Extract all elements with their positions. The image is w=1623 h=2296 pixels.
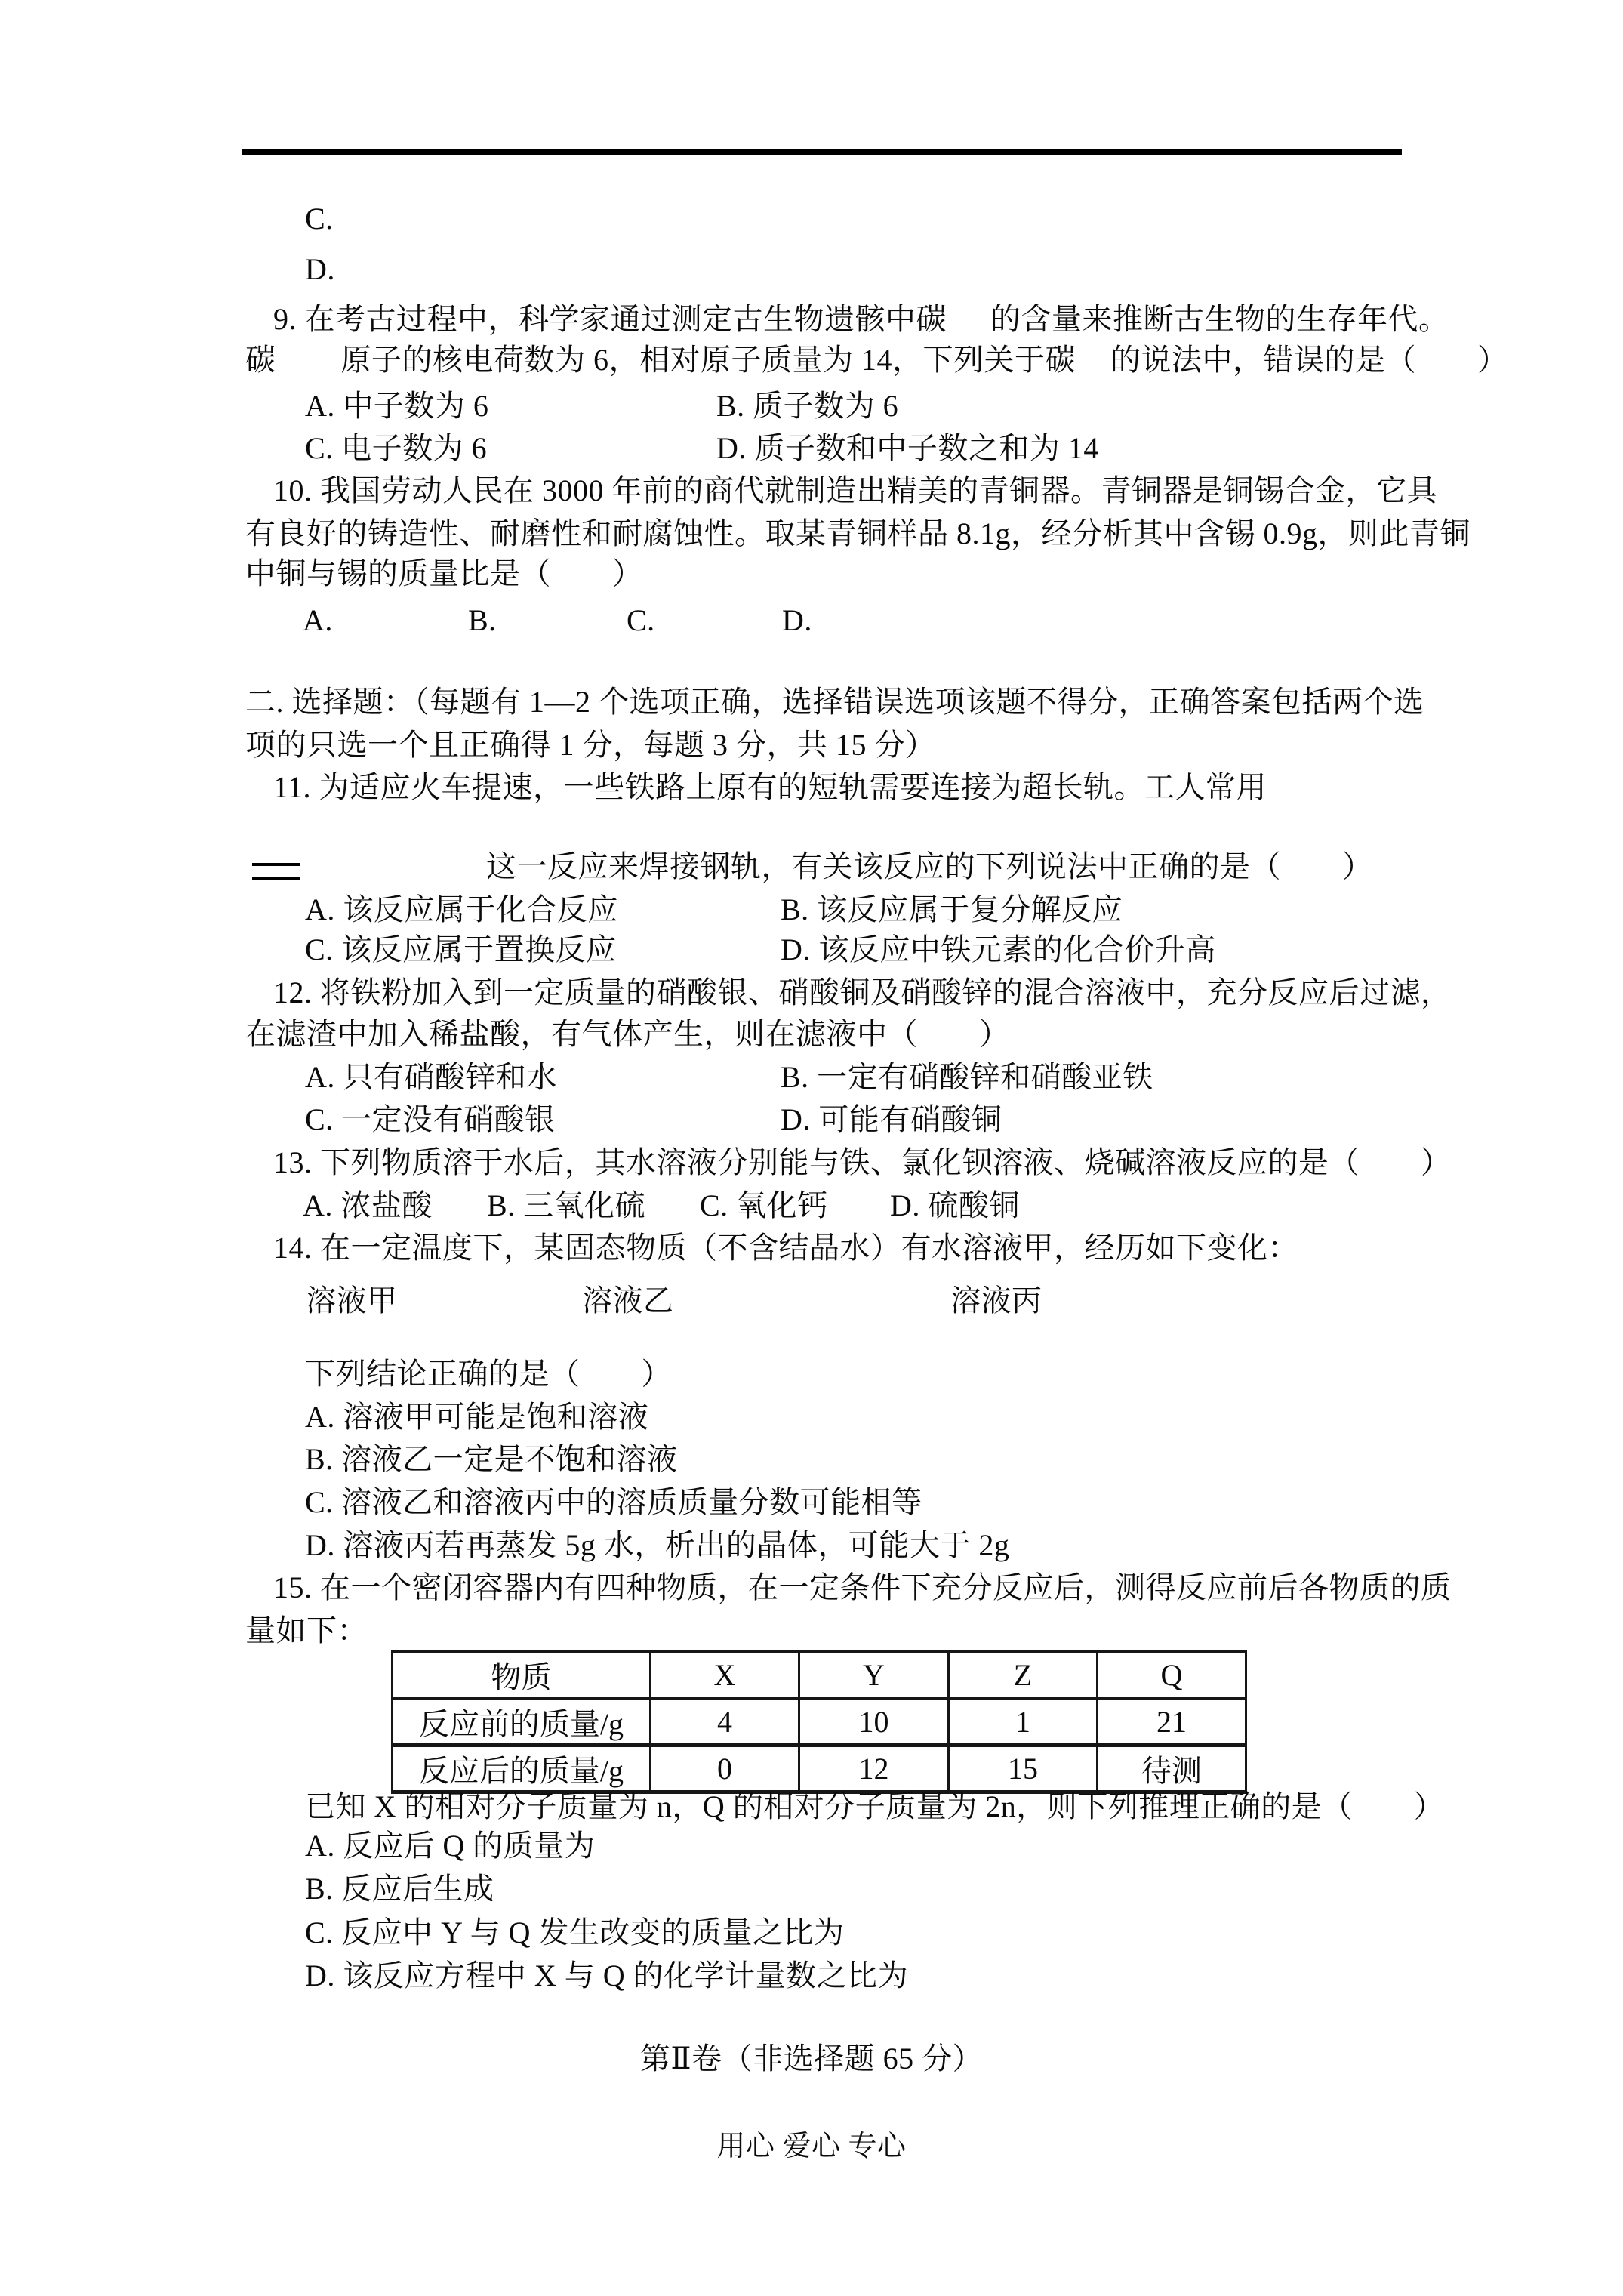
- question12-option-b: B. 一定有硝酸锌和硝酸亚铁: [781, 1056, 1153, 1099]
- question11-line2: 这一反应来焊接钢轨，有关该反应的下列说法中正确的是（ ）: [486, 845, 1373, 889]
- mass-table-header-z: Z: [949, 1652, 1098, 1699]
- missing-formula-placeholder: [276, 362, 341, 364]
- question15-option-b: B. 反应后生成: [305, 1867, 494, 1911]
- question10-line1: 10. 我国劳动人民在 3000 年前的商代就制造出精美的青铜器。青铜器是铜锡合…: [273, 469, 1437, 513]
- question14-solution2-label: 溶液乙: [582, 1279, 674, 1323]
- question9-option-b: B. 质子数为 6: [716, 384, 898, 428]
- question10-option-c: C.: [627, 599, 655, 643]
- question11-option-a: A. 该反应属于化合反应: [305, 888, 618, 932]
- question12-option-d: D. 可能有硝酸铜: [781, 1098, 1002, 1142]
- section2-heading-line1: 二. 选择题：（每题有 1—2 个选项正确，选择错误选项该题不得分，正确答案包括…: [245, 680, 1424, 724]
- mass-table-before-row: 反应前的质量/g 4 10 1 21: [393, 1699, 1246, 1746]
- question10-option-d: D.: [782, 599, 812, 643]
- mass-table-before-q: 21: [1098, 1699, 1246, 1746]
- question8-option-d: D.: [305, 248, 335, 291]
- question13-option-d: D. 硫酸铜: [890, 1184, 1020, 1228]
- question11-line1: 11. 为适应火车提速，一些铁路上原有的短轨需要连接为超长轨。工人常用: [273, 766, 1267, 809]
- part2-title: 第Ⅱ卷（非选择题 65 分）: [0, 2037, 1623, 2081]
- question15-known: 已知 X 的相对分子质量为 n，Q 的相对分子质量为 2n，则下列推理正确的是（…: [305, 1785, 1444, 1829]
- question14-option-c: C. 溶液乙和溶液丙中的溶质质量分数可能相等: [305, 1481, 922, 1524]
- question14-solution3-label: 溶液丙: [950, 1279, 1042, 1323]
- question13-option-c: C. 氧化钙: [700, 1184, 828, 1228]
- question9-line2-pre: 碳: [245, 343, 276, 377]
- equation-equals-mark: [252, 863, 300, 880]
- question15-line1: 15. 在一个密闭容器内有四种物质，在一定条件下充分反应后，测得反应前后各物质的…: [273, 1566, 1452, 1610]
- mass-table: 物质 X Y Z Q 反应前的质量/g 4 10 1 21 反应后的质量/g 0…: [391, 1650, 1247, 1794]
- question14-line1: 14. 在一定温度下，某固态物质（不含结晶水）有水溶液甲，经历如下变化：: [273, 1226, 1298, 1270]
- question13-line1: 13. 下列物质溶于水后，其水溶液分别能与铁、氯化钡溶液、烧碱溶液反应的是（ ）: [273, 1141, 1452, 1185]
- question13-option-b: B. 三氧化硫: [487, 1184, 645, 1228]
- mass-table-before-label: 反应前的质量/g: [393, 1699, 651, 1746]
- section2-heading-line2: 项的只选一个且正确得 1 分，每题 3 分，共 15 分）: [245, 723, 936, 767]
- question15-line2: 量如下：: [245, 1609, 368, 1653]
- question8-option-c: C.: [305, 197, 334, 241]
- question14-option-b: B. 溶液乙一定是不饱和溶液: [305, 1438, 678, 1481]
- question9-line2-post: 的说法中，错误的是（ ）: [1110, 343, 1508, 377]
- question14-solution1-label: 溶液甲: [306, 1279, 398, 1323]
- question9-option-d: D. 质子数和中子数之和为 14: [716, 427, 1099, 470]
- question12-line2: 在滤渣中加入稀盐酸，有气体产生，则在滤液中（ ）: [245, 1012, 1010, 1056]
- missing-formula-placeholder: [1076, 362, 1110, 364]
- missing-formula-placeholder: [947, 322, 990, 323]
- question9-option-a: A. 中子数为 6: [305, 384, 488, 428]
- question12-line1: 12. 将铁粉加入到一定质量的硝酸银、硝酸铜及硝酸锌的混合溶液中，充分反应后过滤…: [273, 971, 1452, 1015]
- question14-intro: 下列结论正确的是（ ）: [305, 1352, 672, 1396]
- question15-option-a: A. 反应后 Q 的质量为: [305, 1824, 595, 1868]
- page-footer: 用心 爱心 专心: [0, 2125, 1623, 2168]
- question9-option-c: C. 电子数为 6: [305, 427, 487, 470]
- question10-option-a: A.: [303, 599, 333, 643]
- question9-line1-pre: 9. 在考古过程中，科学家通过测定古生物遗骸中碳: [273, 302, 947, 336]
- mass-table-header-row: 物质 X Y Z Q: [393, 1652, 1246, 1699]
- question14-option-d: D. 溶液丙若再蒸发 5g 水，析出的晶体，可能大于 2g: [305, 1524, 1009, 1567]
- question10-line3: 中铜与锡的质量比是（ ）: [245, 552, 643, 596]
- question13-option-a: A. 浓盐酸: [303, 1184, 433, 1228]
- question9-line2: 碳原子的核电荷数为 6，相对原子质量为 14，下列关于碳的说法中，错误的是（ ）: [245, 338, 1508, 382]
- question14-option-a: A. 溶液甲可能是饱和溶液: [305, 1395, 648, 1439]
- mass-table-header-substance: 物质: [393, 1652, 651, 1699]
- mass-table-before-y: 10: [799, 1699, 949, 1746]
- mass-table-header-y: Y: [799, 1652, 949, 1699]
- question10-line2: 有良好的铸造性、耐磨性和耐腐蚀性。取某青铜样品 8.1g，经分析其中含锡 0.9…: [245, 512, 1471, 556]
- mass-table-header-x: X: [651, 1652, 799, 1699]
- mass-table-before-z: 1: [949, 1699, 1098, 1746]
- question9-line1-post: 的含量来推断古生物的生存年代。: [990, 302, 1449, 336]
- question15-option-d: D. 该反应方程中 X 与 Q 的化学计量数之比为: [305, 1954, 908, 1998]
- question12-option-a: A. 只有硝酸锌和水: [305, 1056, 557, 1099]
- question9-line2-mid: 原子的核电荷数为 6，相对原子质量为 14，下列关于碳: [341, 343, 1076, 377]
- question9-line1: 9. 在考古过程中，科学家通过测定古生物遗骸中碳的含量来推断古生物的生存年代。: [273, 297, 1449, 341]
- question11-option-b: B. 该反应属于复分解反应: [781, 888, 1123, 932]
- question11-option-d: D. 该反应中铁元素的化合价升高: [781, 928, 1216, 972]
- question10-option-b: B.: [468, 599, 497, 643]
- header-rule: [242, 149, 1402, 155]
- question11-option-c: C. 该反应属于置换反应: [305, 928, 617, 972]
- question15-option-c: C. 反应中 Y 与 Q 发生改变的质量之比为: [305, 1911, 844, 1955]
- question12-option-c: C. 一定没有硝酸银: [305, 1098, 556, 1142]
- mass-table-header-q: Q: [1098, 1652, 1246, 1699]
- mass-table-before-x: 4: [651, 1699, 799, 1746]
